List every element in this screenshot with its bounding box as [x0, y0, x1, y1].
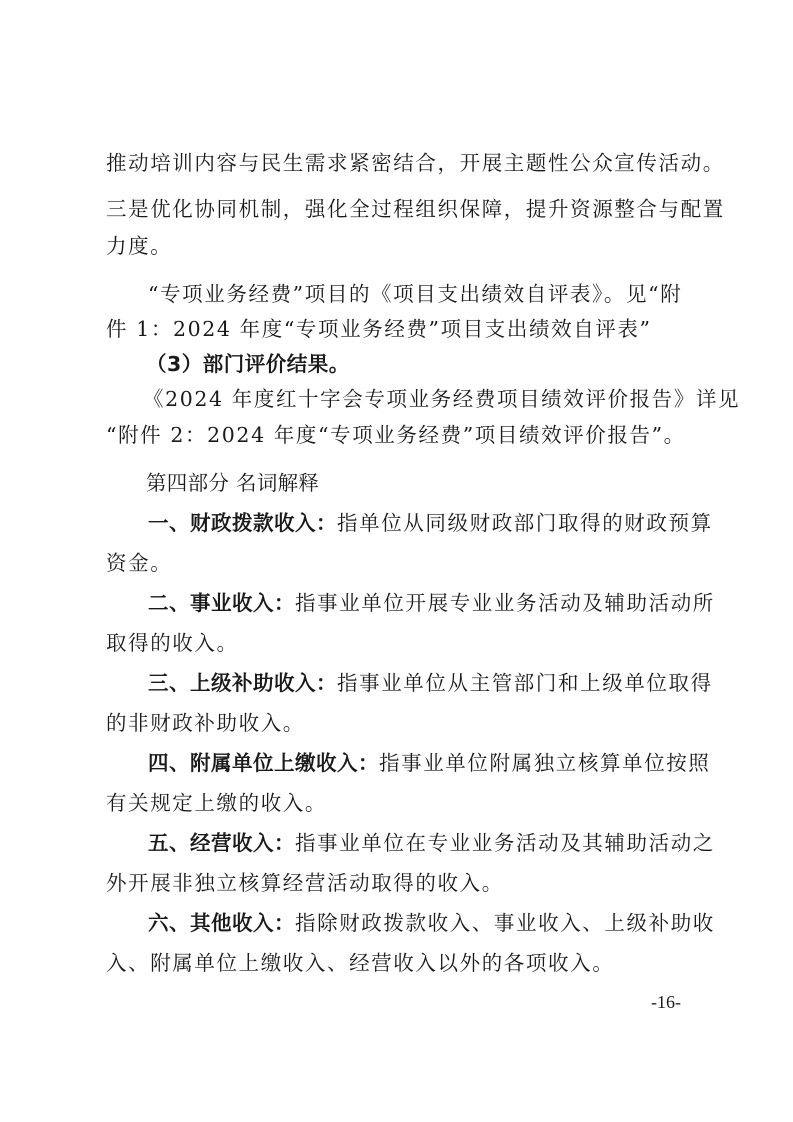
definition-term: 一、财政拨款收入：	[148, 511, 337, 535]
definition-item: 五、经营收入：指事业单位在专业业务活动及其辅助活动之	[148, 830, 715, 856]
definition-item: 六、其他收入：指除财政拨款收入、事业收入、上级补助收	[148, 910, 715, 936]
body-text-line: “附件 2：2024 年度“专项业务经费”项目绩效评价报告”。	[106, 422, 686, 448]
definition-item: 三、上级补助收入：指事业单位从主管部门和上级单位取得	[148, 670, 713, 696]
subheading-department-evaluation: （3）部门评价结果。	[146, 351, 350, 377]
definition-term: 二、事业收入：	[148, 591, 295, 615]
definition-item: 四、附属单位上缴收入：指事业单位附属独立核算单位按照	[148, 750, 711, 776]
definition-term: 六、其他收入：	[148, 911, 295, 935]
body-text-line: 三是优化协同机制，强化全过程组织保障，提升资源整合与配置	[106, 196, 725, 222]
definition-text: 指事业单位从主管部门和上级单位取得	[337, 671, 713, 695]
definition-text: 指事业单位在专业业务活动及其辅助活动之	[295, 831, 715, 855]
body-text-line: 推动培训内容与民生需求紧密结合，开展主题性公众宣传活动。	[106, 150, 725, 176]
definition-continuation: 取得的收入。	[106, 630, 239, 656]
definition-continuation: 有关规定上缴的收入。	[106, 790, 327, 816]
definition-continuation: 资金。	[106, 550, 172, 576]
definition-item: 二、事业收入：指事业单位开展专业业务活动及辅助活动所	[148, 590, 715, 616]
definition-continuation: 入、附属单位上缴收入、经营收入以外的各项收入。	[106, 950, 614, 976]
body-text-line: “专项业务经费”项目的《项目支出绩效自评表》。见“附	[148, 281, 682, 307]
body-text-line: 《2024 年度红十字会专项业务经费项目绩效评价报告》详见	[143, 386, 740, 412]
definition-term: 五、经营收入：	[148, 831, 295, 855]
section-title: 第四部分 名词解释	[146, 470, 319, 496]
document-page: 推动培训内容与民生需求紧密结合，开展主题性公众宣传活动。 三是优化协同机制，强化…	[0, 0, 793, 1122]
definition-item: 一、财政拨款收入：指单位从同级财政部门取得的财政预算	[148, 510, 713, 536]
body-text-line: 件 1：2024 年度“专项业务经费”项目支出绩效自评表”	[106, 316, 652, 342]
definition-term: 三、上级补助收入：	[148, 671, 337, 695]
definition-text: 指除财政拨款收入、事业收入、上级补助收	[295, 911, 715, 935]
definition-text: 指单位从同级财政部门取得的财政预算	[337, 511, 713, 535]
definition-text: 指事业单位附属独立核算单位按照	[379, 751, 711, 775]
page-number: -16-	[651, 992, 681, 1013]
definition-text: 指事业单位开展专业业务活动及辅助活动所	[295, 591, 715, 615]
definition-continuation: 的非财政补助收入。	[106, 710, 305, 736]
definition-continuation: 外开展非独立核算经营活动取得的收入。	[106, 870, 504, 896]
body-text-line: 力度。	[106, 233, 172, 259]
definition-term: 四、附属单位上缴收入：	[148, 751, 379, 775]
